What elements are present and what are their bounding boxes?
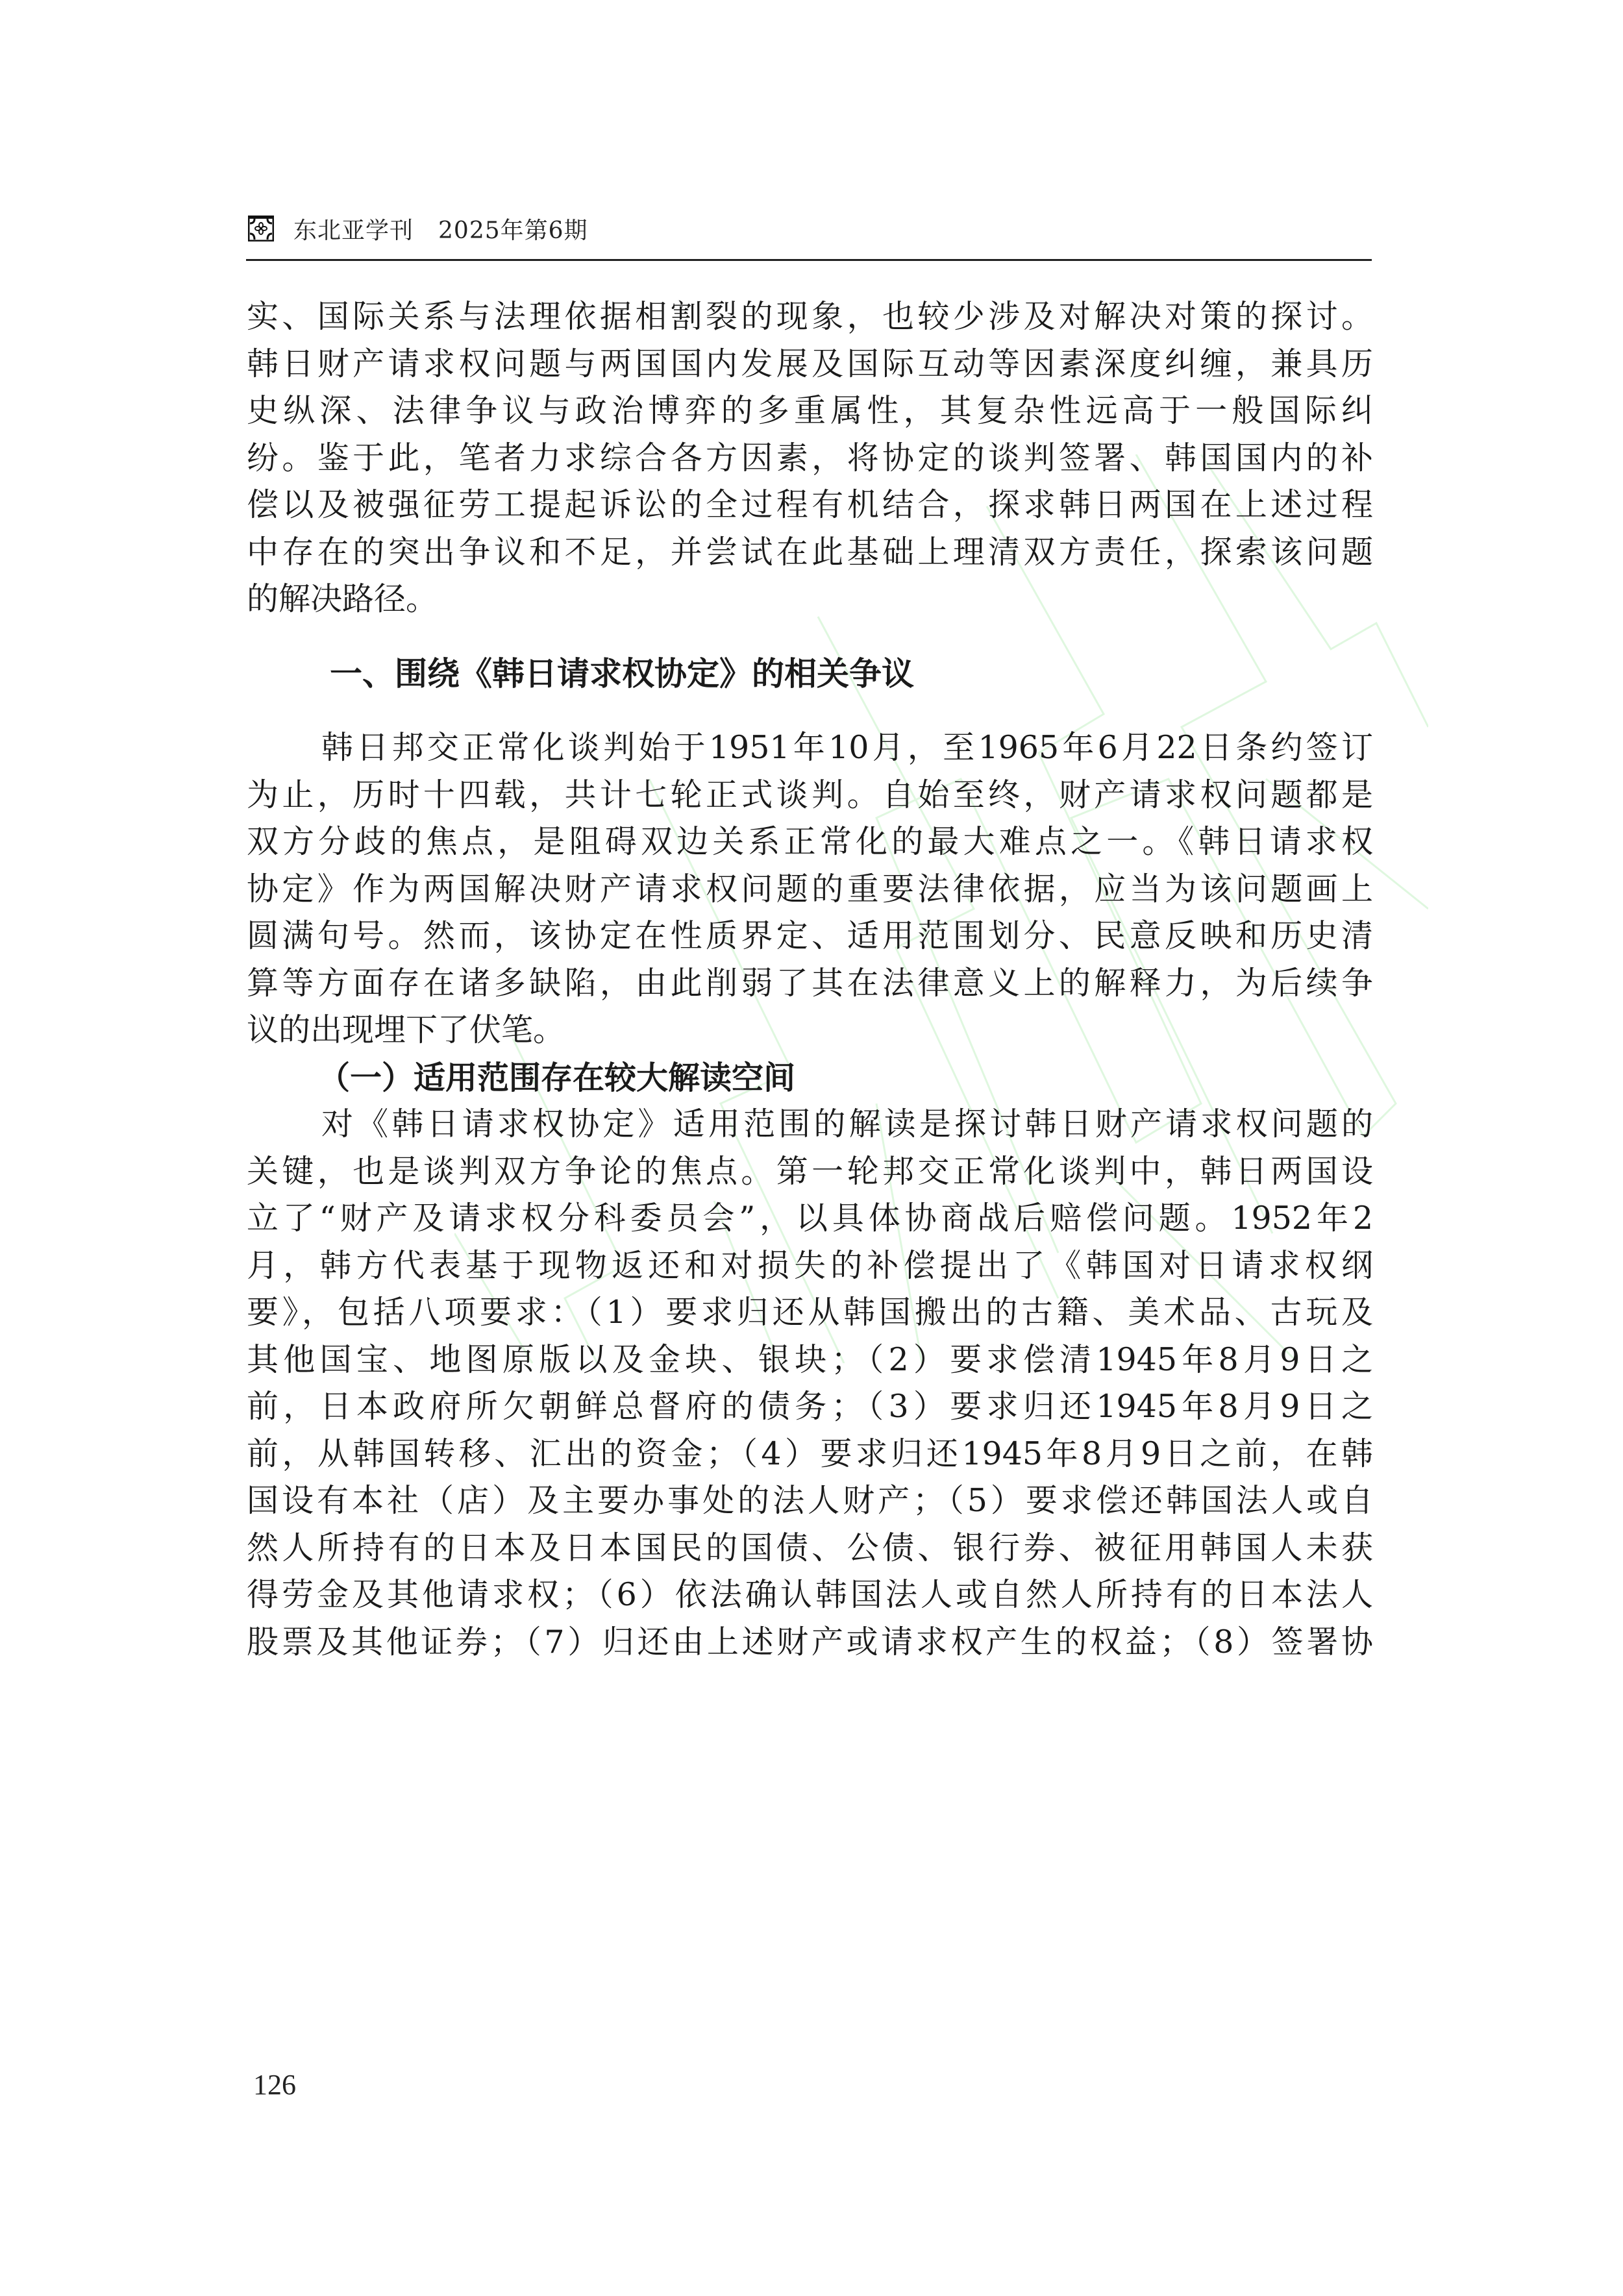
text-line: 股票及其他证券；（7）归还由上述财产或请求权产生的权益；（8）签署协 [247,1619,1373,1666]
text-line: 韩日财产请求权问题与两国国内发展及国际互动等因素深度纠缠，兼具历 [247,341,1373,388]
subsection-1-paragraph: 对《韩日请求权协定》适用范围的解读是探讨韩日财产请求权问题的 关键，也是谈判双方… [247,1101,1373,1666]
section-1-paragraph: 韩日邦交正常化谈判始于1951年10月，至1965年6月22日条约签订 为止，历… [247,724,1373,1054]
section-heading: 一、围绕《韩日请求权协定》的相关争议 [247,650,1373,698]
text-line: 议的出现埋下了伏笔。 [247,1007,1373,1054]
journal-name: 东北亚学刊 [293,217,414,244]
text-line: 算等方面存在诸多缺陷，由此削弱了其在法律意义上的解释力，为后续争 [247,960,1373,1007]
intro-paragraph: 实、国际关系与法理依据相割裂的现象，也较少涉及对解决对策的探讨。 韩日财产请求权… [247,293,1373,623]
subsection-heading: （一）适用范围存在较大解读空间 [247,1054,1373,1102]
journal-issue: 2025年第6期 [438,217,588,244]
text-line: 圆满句号。然而，该协定在性质界定、适用范围划分、民意反映和历史清 [247,913,1373,960]
journal-title: 东北亚学刊2025年第6期 [293,212,588,245]
text-line: 前，从韩国转移、汇出的资金；（4）要求归还1945年8月9日之前，在韩 [247,1431,1373,1478]
page-number: 126 [253,2068,296,2101]
running-header: 东北亚学刊2025年第6期 [248,210,588,247]
journal-page: 东北亚学刊2025年第6期 实、国际关系与法理依据相割裂的现象，也较少涉及对解决… [0,0,1623,2296]
text-line: 的解决路径。 [247,576,1373,623]
article-body: 实、国际关系与法理依据相割裂的现象，也较少涉及对解决对策的探讨。 韩日财产请求权… [247,293,1373,1666]
text-line: 然人所持有的日本及日本国民的国债、公债、银行券、被征用韩国人未获 [247,1525,1373,1572]
text-line: 月，韩方代表基于现物返还和对损失的补偿提出了《韩国对日请求权纲 [247,1242,1373,1290]
text-line: 国设有本社（店）及主要办事处的法人财产；（5）要求偿还韩国法人或自 [247,1477,1373,1525]
text-line: 纷。鉴于此，笔者力求综合各方因素，将协定的谈判签署、韩国国内的补 [247,435,1373,482]
text-line: 前，日本政府所欠朝鲜总督府的债务；（3）要求归还1945年8月9日之 [247,1383,1373,1431]
text-line: 协定》作为两国解决财产请求权问题的重要法律依据，应当为该问题画上 [247,866,1373,913]
text-line: 中存在的突出争议和不足，并尝试在此基础上理清双方责任，探索该问题 [247,529,1373,576]
text-line: 实、国际关系与法理依据相割裂的现象，也较少涉及对解决对策的探讨。 [247,293,1373,341]
text-line: 史纵深、法律争议与政治博弈的多重属性，其复杂性远高于一般国际纠 [247,388,1373,435]
ornamental-lattice-icon [248,216,274,241]
text-line: 韩日邦交正常化谈判始于1951年10月，至1965年6月22日条约签订 [247,724,1373,772]
text-line: 偿以及被强征劳工提起诉讼的全过程有机结合，探求韩日两国在上述过程 [247,482,1373,529]
text-line: 立了“财产及请求权分科委员会”，以具体协商战后赔偿问题。1952年2 [247,1195,1373,1242]
text-line: 得劳金及其他请求权；（6）依法确认韩国法人或自然人所持有的日本法人 [247,1572,1373,1619]
text-line: 关键，也是谈判双方争论的焦点。第一轮邦交正常化谈判中，韩日两国设 [247,1148,1373,1196]
header-divider [246,259,1372,261]
text-line: 对《韩日请求权协定》适用范围的解读是探讨韩日财产请求权问题的 [247,1101,1373,1148]
text-line: 其他国宝、地图原版以及金块、银块；（2）要求偿清1945年8月9日之 [247,1337,1373,1384]
text-line: 双方分歧的焦点，是阻碍双边关系正常化的最大难点之一。《韩日请求权 [247,819,1373,866]
text-line: 要》，包括八项要求：（1）要求归还从韩国搬出的古籍、美术品、古玩及 [247,1289,1373,1337]
text-line: 为止，历时十四载，共计七轮正式谈判。自始至终，财产请求权问题都是 [247,772,1373,819]
